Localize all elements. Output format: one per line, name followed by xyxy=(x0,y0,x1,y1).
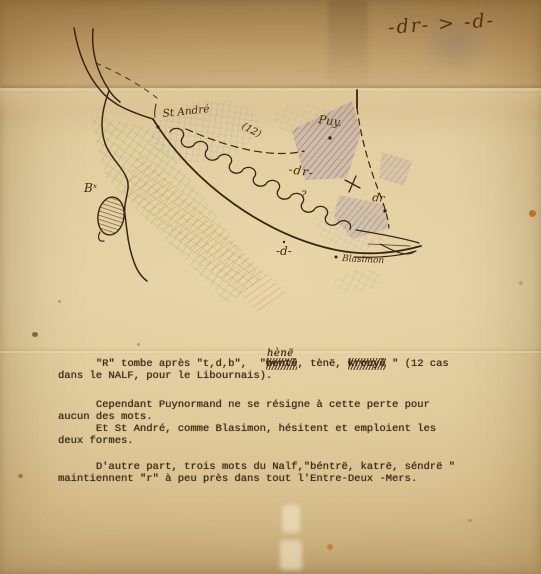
town-blob-b xyxy=(95,195,126,236)
map-label-b-mark: Bˣ xyxy=(83,181,98,195)
red-crayon-zone xyxy=(122,154,288,312)
foxing-spot xyxy=(468,519,472,522)
struck-word: bentë xyxy=(266,358,298,370)
foxing-spot xyxy=(137,343,140,346)
d-point-dot xyxy=(283,241,285,243)
struck-word: krouyë xyxy=(348,358,386,370)
typed-text: , tènë, xyxy=(297,358,347,370)
green-crayon-zone-bottom xyxy=(333,267,384,295)
puy-dot xyxy=(328,136,331,139)
handwritten-correction: hènë xyxy=(267,348,294,359)
river-fork-branch-east xyxy=(93,29,120,102)
paragraph-three-words: D'autre part, trois mots du Nalf,"béntrë… xyxy=(58,461,523,486)
paragraph-r-drop: "R" tombe après "t,d,b", "hènëbentë, tèn… xyxy=(58,358,523,383)
river-fork-tail xyxy=(118,105,153,119)
paragraph-st-andre-blasimon: Et St André, comme Blasimon, hésitent et… xyxy=(58,423,523,448)
blasimon-dot xyxy=(335,256,338,259)
dr-point-dot xyxy=(383,209,386,212)
hand-drawn-dialect-map: St André (12) Puy. -dr- ? dr -d- Blasimo… xyxy=(0,0,541,330)
scanned-document-page: -dr- > -d- xyxy=(0,0,541,574)
purple-hatch-zone-right xyxy=(379,152,412,186)
typed-text-block: "R" tombe après "t,d,b", "hènëbentë, tèn… xyxy=(58,358,523,485)
map-label-question-mark: ? xyxy=(301,190,307,201)
town-blob-hook xyxy=(99,232,104,241)
cross-mark xyxy=(345,176,360,192)
st-andre-dot xyxy=(156,125,159,128)
st-andre-tick xyxy=(155,104,156,117)
dashed-line-north xyxy=(96,63,157,98)
paragraph-puynormand: Cependant Puynormand ne se résigne à cet… xyxy=(58,399,523,424)
embossed-watermark xyxy=(282,505,300,533)
typed-text: "R" tombe après "t,d,b", " xyxy=(58,358,266,370)
foxing-spot xyxy=(32,332,38,337)
map-label-dr-point: dr xyxy=(372,191,386,205)
map-label-d-point: -d- xyxy=(276,244,292,258)
foxing-spot xyxy=(18,474,23,478)
map-label-dr-region: -dr- xyxy=(288,162,315,180)
map-label-blasimon: Blasimon xyxy=(341,254,385,266)
struck-word-wrap: hènëbentë xyxy=(266,358,298,370)
foxing-spot xyxy=(327,544,333,550)
embossed-watermark xyxy=(280,540,302,570)
